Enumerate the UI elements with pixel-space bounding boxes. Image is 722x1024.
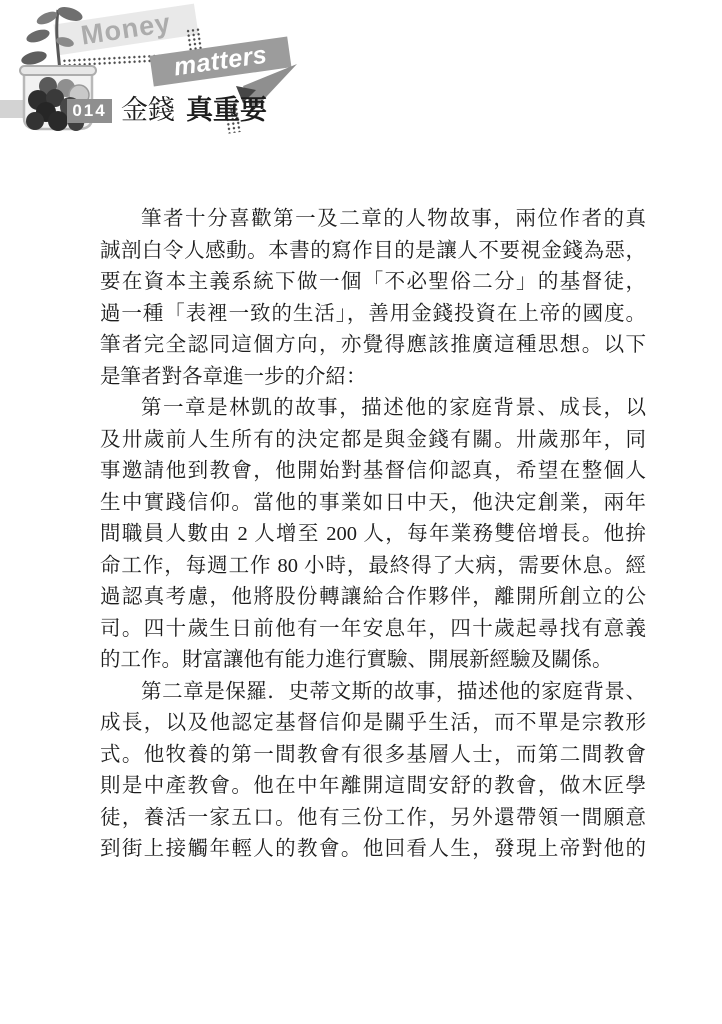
book-title-normal: 金錢 <box>121 88 175 127</box>
text-line: 第二章是保羅．史蒂文斯的故事，描述他的家庭背景、 <box>100 677 646 709</box>
page-number-box: 014 <box>67 99 112 123</box>
text-line: 誠剖白令人感動。本書的寫作目的是讓人不要視金錢為惡， <box>100 236 646 268</box>
paragraph-chapter2: 第二章是保羅．史蒂文斯的故事，描述他的家庭背景、 成長，以及他認定基督信仰是關乎… <box>100 677 646 866</box>
text-line: 到街上接觸年輕人的教會。他回看人生，發現上帝對他的 <box>100 834 646 866</box>
text-line: 徒，養活一家五口。他有三份工作，另外還帶領一間願意 <box>100 803 646 835</box>
text-line: 筆者完全認同這個方向，亦覺得應該推廣這種思想。以下 <box>100 330 646 362</box>
text-line: 的工作。財富讓他有能力進行實驗、開展新經驗及關係。 <box>100 645 646 677</box>
body-text: 筆者十分喜歡第一及二章的人物故事，兩位作者的真 誠剖白令人感動。本書的寫作目的是… <box>100 204 646 866</box>
text-line: 要在資本主義系統下做一個「不必聖俗二分」的基督徒， <box>100 267 646 299</box>
paragraph-chapter1: 第一章是林凱的故事，描述他的家庭背景、成長，以 及卅歲前人生所有的決定都是與金錢… <box>100 393 646 677</box>
text-line: 式。他牧養的第一間教會有很多基層人士，而第二間教會 <box>100 740 646 772</box>
text-line: 是筆者對各章進一步的介紹： <box>100 362 646 394</box>
text-line: 及卅歲前人生所有的決定都是與金錢有關。卅歲那年，同 <box>100 425 646 457</box>
text-line: 成長，以及他認定基督信仰是關乎生活，而不單是宗教形 <box>100 708 646 740</box>
text-line: 則是中產教會。他在中年離開這間安舒的教會，做木匠學 <box>100 771 646 803</box>
text-line: 過一種「表裡一致的生活」，善用金錢投資在上帝的國度。 <box>100 299 646 331</box>
book-title: 金錢 真重要 <box>121 92 267 122</box>
book-title-bold: 真重要 <box>186 88 267 127</box>
text-line: 生中實踐信仰。當他的事業如日中天，他決定創業，兩年 <box>100 488 646 520</box>
text-line: 事邀請他到教會，他開始對基督信仰認真，希望在整個人 <box>100 456 646 488</box>
text-line: 間職員人數由 2 人增至 200 人，每年業務雙倍增長。他拚 <box>100 519 646 551</box>
text-line: 司。四十歲生日前他有一年安息年，四十歲起尋找有意義 <box>100 614 646 646</box>
text-line: 筆者十分喜歡第一及二章的人物故事，兩位作者的真 <box>100 204 646 236</box>
text-line: 過認真考慮，他將股份轉讓給合作夥伴，離開所創立的公 <box>100 582 646 614</box>
book-page: Money matters <box>0 0 722 1024</box>
text-line: 命工作，每週工作 80 小時，最終得了大病，需要休息。經 <box>100 551 646 583</box>
page-header: Money matters <box>0 0 722 150</box>
paragraph-intro: 筆者十分喜歡第一及二章的人物故事，兩位作者的真 誠剖白令人感動。本書的寫作目的是… <box>100 204 646 393</box>
page-number: 014 <box>72 101 106 121</box>
text-line: 第一章是林凱的故事，描述他的家庭背景、成長，以 <box>100 393 646 425</box>
